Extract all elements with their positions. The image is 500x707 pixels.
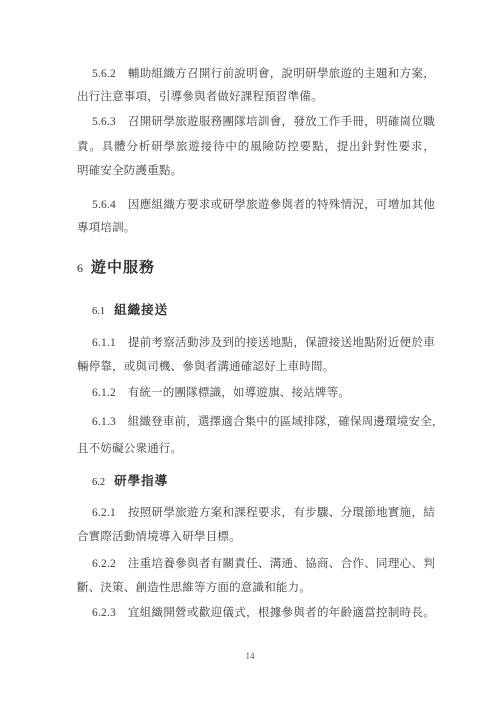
clause-6-1-1-line-1: 6.1.1 提前考察活動涉及到的接送地點，保證接送地點附近便於車 [77,331,435,356]
clause-6-1-3-line-2: 且不妨礙公衆通行。 [77,437,435,462]
page-number: 14 [0,650,500,662]
clause-5-6-2-line-2: 出行注意事項，引導參與者做好課程預習準備。 [77,85,435,110]
subheading-6-2-number: 6.2 [92,477,105,488]
subheading-6-1: 6.1組織接送 [92,297,435,324]
clause-5-6-3-line-3: 明確安全防護重點。 [77,159,435,184]
clause-6-2-1-line-2: 合實際活動情境導入研學目標。 [77,525,435,550]
clause-6-2-1-line-1: 6.2.1 按照研學旅遊方案和課程要求，有步驟、分環節地實施，結 [77,501,435,526]
subheading-6-1-number: 6.1 [92,306,105,317]
section-6-heading: 6遊中服務 [77,257,435,279]
clause-5-6-3-line-1: 5.6.3 召開研學旅遊服務團隊培訓會，發放工作手冊，明確崗位職 [77,110,435,135]
clause-6-2-2-line-2: 斷、決策、創造性思維等方面的意識和能力。 [77,576,435,601]
clause-6-1-1-line-2: 輛停靠，或與司機、參與者溝通確認好上車時間。 [77,355,435,380]
clause-6-1-2-line-1: 6.1.2 有統一的團隊標識，如導遊旗、接站牌等。 [77,381,435,406]
section-6-heading-title: 遊中服務 [91,259,155,276]
clause-5-6-4-line-1: 5.6.4 因應組織方要求或研學旅遊參與者的特殊情況，可增加其他 [77,193,435,218]
clause-6-2-2-line-1: 6.2.2 注重培養參與者有關責任、溝通、協商、合作、同理心、判 [77,552,435,577]
clause-6-2-3-line-1: 6.2.3 宜組織開營或歡迎儀式，根據參與者的年齡適當控制時長。 [77,601,435,626]
subheading-6-1-title: 組織接送 [114,303,168,317]
clause-6-1-3-line-1: 6.1.3 組織登車前，選擇適合集中的區域排隊，確保周邊環境安全， [77,410,435,435]
clause-5-6-4-line-2: 專項培訓。 [77,216,435,241]
clause-5-6-2-line-1: 5.6.2 輔助組織方召開行前說明會，說明研學旅遊的主題和方案， [77,62,435,87]
section-6-heading-number: 6 [77,261,83,275]
document-page: 5.6.2 輔助組織方召開行前說明會，說明研學旅遊的主題和方案， 出行注意事項，… [0,0,500,707]
subheading-6-2-title: 研學指導 [114,474,168,488]
subheading-6-2: 6.2研學指導 [92,468,435,495]
clause-5-6-3-line-2: 責。具體分析研學旅遊接待中的風險防控要點，提出針對性要求， [77,135,435,160]
